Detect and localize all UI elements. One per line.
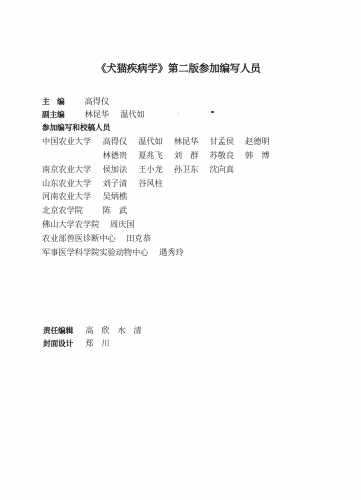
- contributor-name: 王小龙: [138, 164, 171, 174]
- institution: 南京农业大学: [42, 164, 100, 174]
- contributors-heading: 参加编写和校稿人员: [42, 122, 110, 133]
- credit-label: 封面设计: [43, 338, 83, 349]
- contributor-name: 田克恭: [126, 233, 151, 243]
- institution: 佛山大学农学院: [42, 219, 99, 229]
- deputy-editor-row: 副主编 林昆华 温代如: [42, 109, 153, 120]
- contributor-name: 谷风柱: [138, 178, 171, 188]
- contributor-name: 温代如: [138, 136, 171, 146]
- contributor-name: 苏敬良: [209, 150, 242, 160]
- chief-editor-row: 主 编 高得仪: [42, 96, 109, 107]
- contributor-row: 中国农业大学 高得仪 温代如 林昆华 甘孟侯 赵德明: [42, 136, 278, 146]
- contributor-name: 赵德明: [245, 136, 278, 146]
- contributor-row: 山东农业大学 刘子清 谷风柱: [42, 178, 171, 188]
- document-page: 《犬猫疾病学》第二版参加编写人员 主 编 高得仪 副主编 林昆华 温代如 参加编…: [0, 0, 361, 500]
- chief-editor-label: 主 编: [42, 97, 82, 107]
- deputy-editor-name: 温代如: [120, 109, 153, 119]
- institution: 山东农业大学: [42, 178, 100, 188]
- contributor-name: 甘孟侯: [209, 136, 242, 146]
- contributor-row: 北京农学院 陈 武: [42, 205, 136, 215]
- page-title: 《犬猫疾病学》第二版参加编写人员: [96, 60, 266, 75]
- contributor-name: 韩 博: [245, 150, 278, 160]
- credit-row-cover-design: 封面设计 郑川: [43, 338, 118, 349]
- contributor-row: 南京农业大学 侯加法 王小龙 孙卫东 沈向真: [42, 164, 242, 174]
- contributor-row: 农业部兽医诊断中心 田克恭: [42, 233, 151, 243]
- contributor-row: 军事医学科学院实验动物中心 遇秀玲: [42, 247, 184, 257]
- contributor-name: 吴炳樵: [103, 191, 136, 201]
- contributor-name: 夏兆飞: [138, 150, 171, 160]
- scan-speck: [178, 113, 179, 114]
- institution: 河南农业大学: [42, 191, 100, 201]
- credit-label: 责任编辑: [43, 325, 83, 336]
- credit-row-editor: 责任编辑 高欣水清: [43, 325, 150, 336]
- scan-speck: [211, 111, 214, 113]
- contributor-name: 高得仪: [103, 136, 136, 146]
- institution: 中国农业大学: [42, 136, 100, 146]
- contributor-name: 刘 群: [174, 150, 207, 160]
- institution: 军事医学科学院实验动物中心: [42, 247, 148, 257]
- deputy-editor-label: 副主编: [42, 110, 82, 120]
- contributor-name: 周庆国: [110, 219, 135, 229]
- contributor-row: 佛山大学农学院 周庆国: [42, 219, 135, 229]
- contributor-name: 陈 武: [103, 205, 136, 215]
- contributor-name: 林德贵: [103, 150, 136, 160]
- institution: 北京农学院: [42, 205, 100, 215]
- contributor-name: 林昆华: [174, 136, 207, 146]
- contributor-row: 林德贵 夏兆飞 刘 群 苏敬良 韩 博: [42, 150, 278, 160]
- deputy-editor-name: 林昆华: [85, 109, 118, 119]
- institution: 农业部兽医诊断中心: [42, 233, 116, 243]
- contributor-name: 孙卫东: [174, 164, 207, 174]
- contributor-name: 刘子清: [103, 178, 136, 188]
- chief-editor-name: 高得仪: [85, 96, 110, 106]
- contributor-name: 侯加法: [103, 164, 136, 174]
- contributor-name: 沈向真: [209, 164, 242, 174]
- contributor-row: 河南农业大学 吴炳樵: [42, 191, 136, 201]
- credit-name: 郑川: [86, 339, 118, 348]
- contributor-name: 遇秀玲: [159, 247, 184, 257]
- credit-name: 高欣水清: [86, 326, 150, 335]
